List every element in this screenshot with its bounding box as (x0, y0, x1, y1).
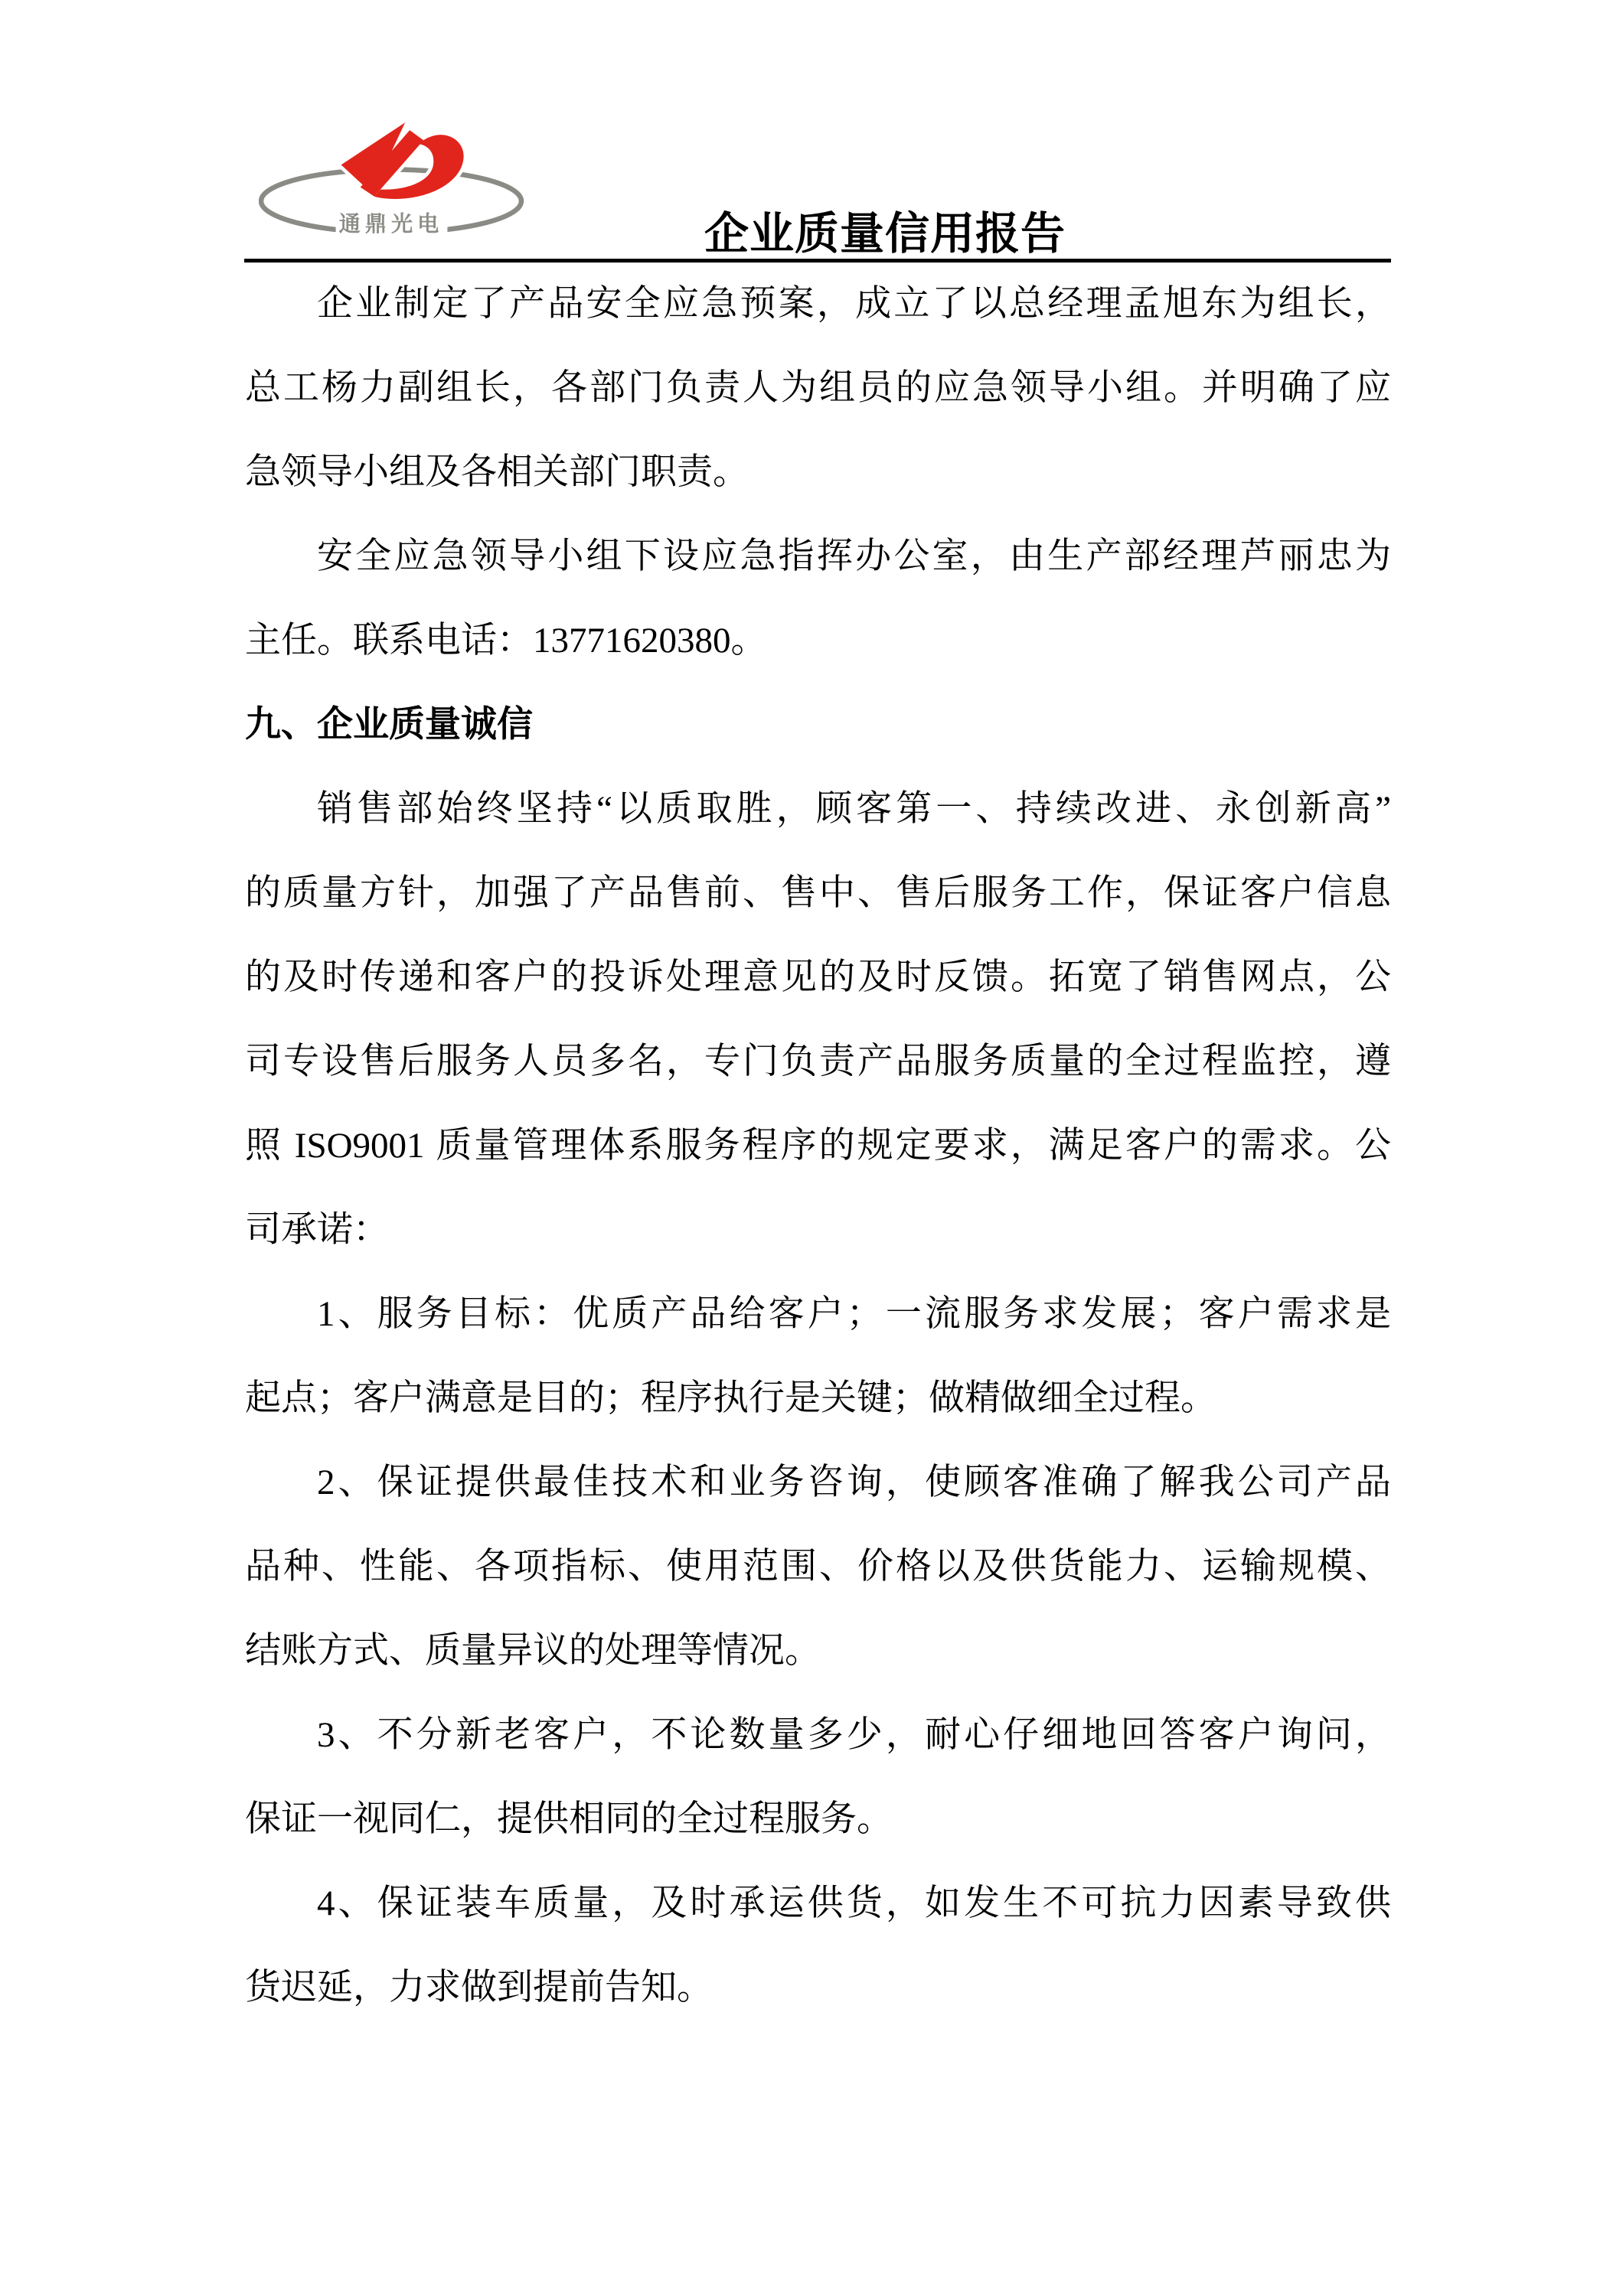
document-line: 2、保证提供最佳技术和业务咨询，使顾客准确了解我公司产品 (245, 1440, 1391, 1525)
document-line: 4、保证装车质量，及时承运供货，如发生不可抗力因素导致供 (245, 1861, 1391, 1945)
document-line: 的质量方针，加强了产品售前、售中、售后服务工作，保证客户信息 (245, 851, 1391, 935)
company-logo: 通鼎光电 (259, 109, 528, 238)
document-line: 品种、性能、各项指标、使用范围、价格以及供货能力、运输规模、 (245, 1525, 1391, 1609)
document-line: 司承诺： (245, 1188, 1391, 1272)
logo-company-name: 通鼎光电 (339, 212, 444, 236)
document-line: 主任。联系电话：13771620380。 (245, 598, 1391, 683)
document-line: 起点；客户满意是目的；程序执行是关键；做精做细全过程。 (245, 1356, 1391, 1440)
document-line: 安全应急领导小组下设应急指挥办公室，由生产部经理芦丽忠为 (245, 514, 1391, 598)
document-line: 急领导小组及各相关部门职责。 (245, 430, 1391, 514)
report-page: 通鼎光电 企业质量信用报告 企业制定了产品安全应急预案，成立了以总经理孟旭东为组… (0, 0, 1623, 2296)
document-line: 总工杨力副组长，各部门负责人为组员的应急领导小组。并明确了应 (245, 346, 1391, 430)
document-body: 企业制定了产品安全应急预案，成立了以总经理孟旭东为组长， 总工杨力副组长，各部门… (245, 262, 1391, 2030)
document-line: 照 ISO9001 质量管理体系服务程序的规定要求，满足客户的需求。公 (245, 1104, 1391, 1188)
document-line: 销售部始终坚持“以质取胜，顾客第一、持续改进、永创新高” (245, 767, 1391, 851)
document-line: 司专设售后服务人员多名，专门负责产品服务质量的全过程监控，遵 (245, 1019, 1391, 1104)
document-line: 1、服务目标：优质产品给客户；一流服务求发展；客户需求是 (245, 1272, 1391, 1356)
document-line: 结账方式、质量异议的处理等情况。 (245, 1609, 1391, 1693)
document-line: 3、不分新老客户，不论数量多少，耐心仔细地回答客户询问， (245, 1693, 1391, 1777)
document-line: 的及时传递和客户的投诉处理意见的及时反馈。拓宽了销售网点，公 (245, 935, 1391, 1019)
document-line: 企业制定了产品安全应急预案，成立了以总经理孟旭东为组长， (245, 262, 1391, 346)
page-title: 企业质量信用报告 (704, 197, 1066, 262)
document-line: 货迟延，力求做到提前告知。 (245, 1945, 1391, 2030)
document-line: 保证一视同仁，提供相同的全过程服务。 (245, 1777, 1391, 1861)
section-heading: 九、企业质量诚信 (245, 683, 1391, 767)
